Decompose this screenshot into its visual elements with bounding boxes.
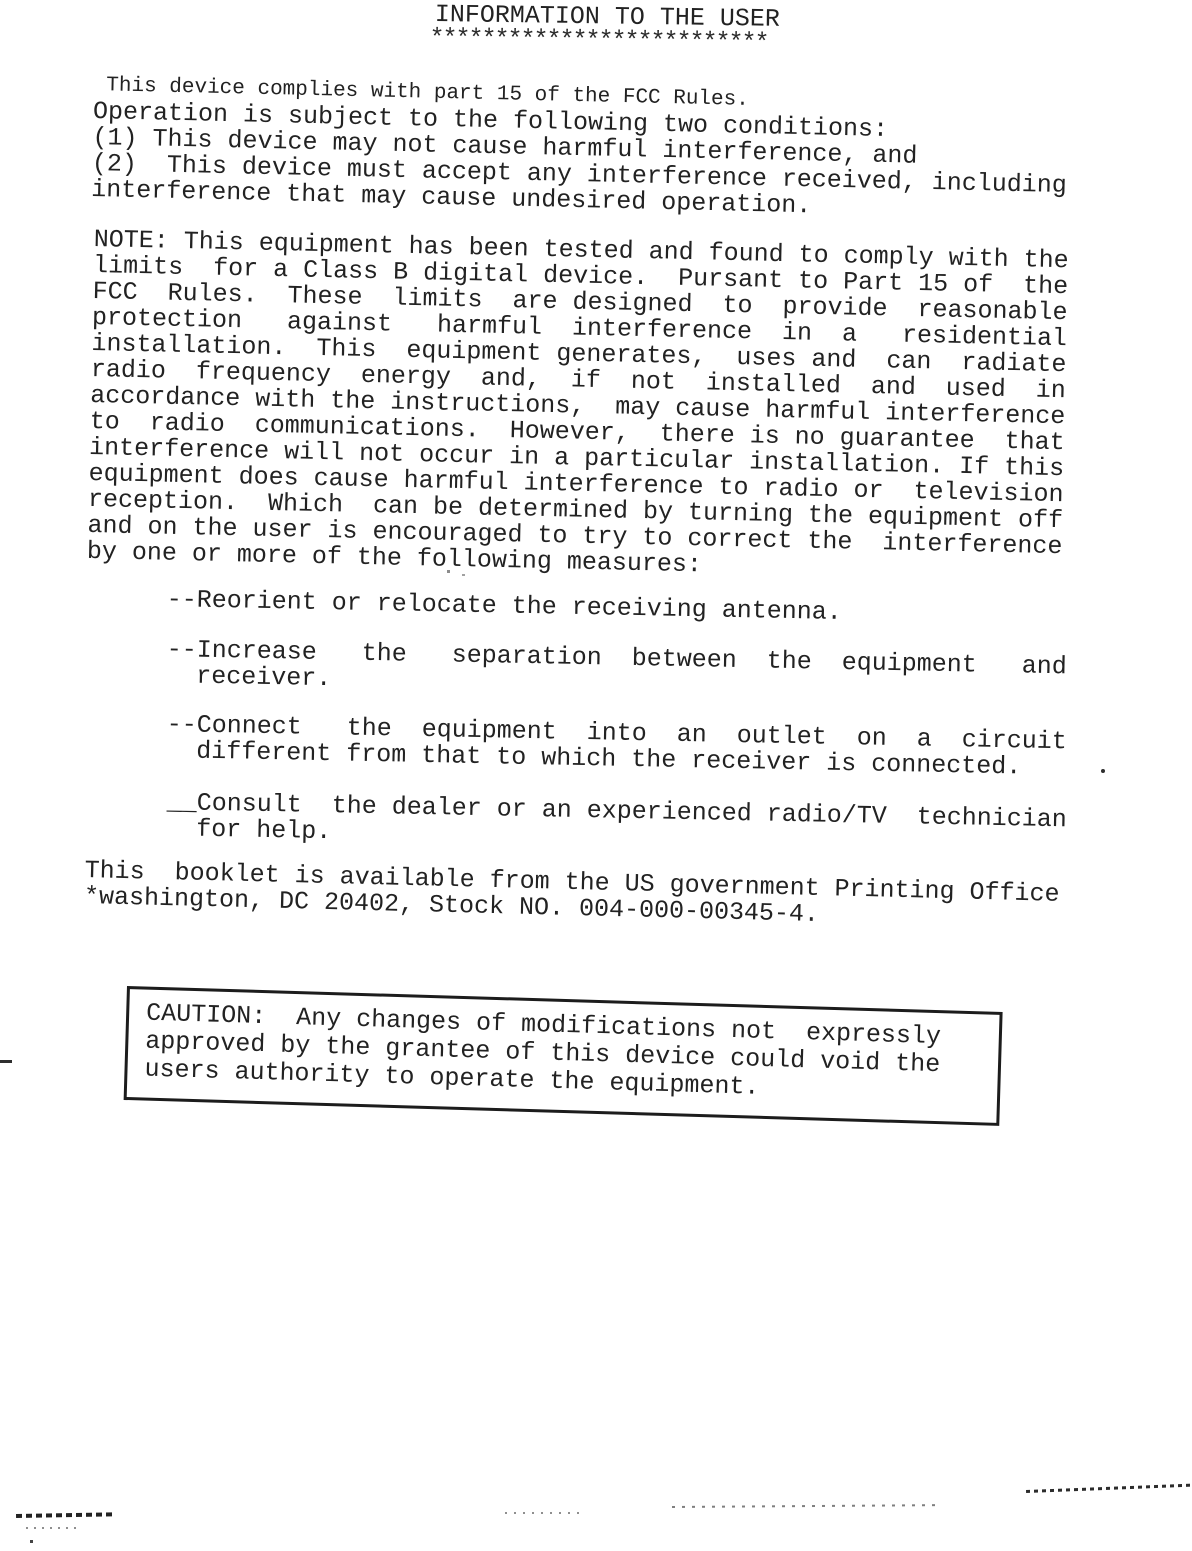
scanned-page: INFORMATION TO THE USER ****************… bbox=[0, 0, 1192, 1551]
title-block: INFORMATION TO THE USER ****************… bbox=[434, 2, 780, 57]
booklet-paragraph: This booklet is available from the US go… bbox=[84, 858, 1060, 934]
scan-artifact bbox=[505, 1512, 581, 1514]
bullet-consult-dealer: __Consult the dealer or an experienced r… bbox=[166, 790, 1067, 859]
title-underline: ************************** bbox=[429, 26, 779, 57]
scan-artifact bbox=[26, 1527, 78, 1529]
bullet-increase-separation: --Increase the separation between the eq… bbox=[166, 637, 1067, 706]
scan-artifact bbox=[1026, 1484, 1192, 1493]
intro-paragraph: This device complies with part 15 of the… bbox=[91, 71, 1069, 225]
scan-artifact bbox=[462, 574, 465, 576]
caution-box: CAUTION: Any changes of modifications no… bbox=[124, 986, 1003, 1126]
fcc-note-paragraph: NOTE: This equipment has been tested and… bbox=[87, 227, 1069, 586]
bullet-connect-outlet: --Connect the equipment into an outlet o… bbox=[166, 712, 1067, 781]
scan-artifact bbox=[447, 570, 450, 573]
scan-artifact bbox=[1101, 769, 1105, 773]
scan-artifact bbox=[16, 1512, 112, 1518]
scan-artifact bbox=[0, 1060, 12, 1063]
bullet-reorient: --Reorient or relocate the receiving ant… bbox=[167, 587, 842, 626]
scan-artifact bbox=[30, 1540, 33, 1543]
scan-artifact bbox=[672, 1504, 938, 1508]
text-line: --Reorient or relocate the receiving ant… bbox=[167, 587, 842, 626]
